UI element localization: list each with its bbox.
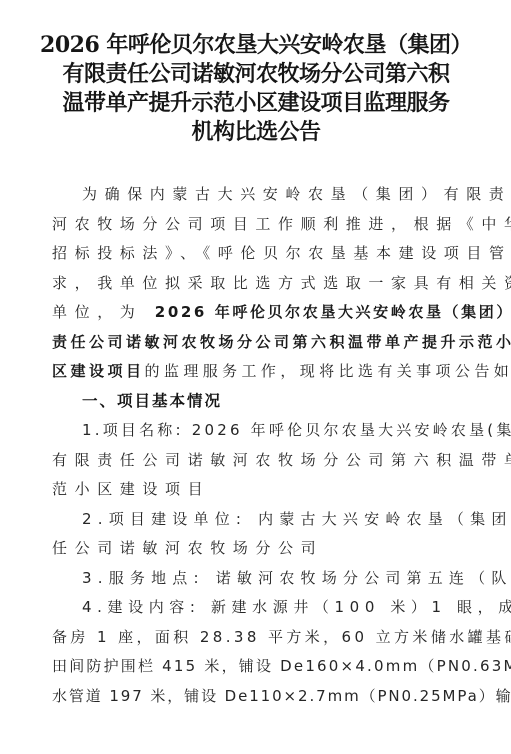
item-project-name: 1.项目名称: 2026 年呼伦贝尔农垦大兴安岭农垦(集团) 有限责任公司诺敏河… [52,416,464,505]
project-name-bold: 责任公司诺敏河农牧场分公司第六积温带单产提升示范小 [52,328,464,358]
body-line: 1.项目名称: 2026 年呼伦贝尔农垦大兴安岭农垦(集团) [52,416,464,446]
body-line: 范小区建设项目 [52,475,464,505]
body-line: 4.建设内容: 新建水源井（100 米）1 眼，成品彩钢设 [52,593,464,623]
body-text: 单位，为 [52,303,155,321]
body-line: 3.服务地点: 诺敏河农牧场分公司第五连（队） [52,564,464,594]
body-line: 为确保内蒙古大兴安岭农垦（集团）有限责任公司诺敏 [52,180,464,210]
item-service-location: 3.服务地点: 诺敏河农牧场分公司第五连（队） [52,564,464,594]
title-line: 温带单产提升示范小区建设项目监理服务 [40,89,472,118]
project-name-bold: 2026 年呼伦贝尔农垦大兴安岭农垦（集团）有限 [155,303,511,321]
body-line: 单位，为 2026 年呼伦贝尔农垦大兴安岭农垦（集团）有限 [52,298,464,328]
body-line: 备房 1 座，面积 28.38 平方米，60 立方米储水罐基础 1 座， [52,623,464,653]
body-text: 的监理服务工作，现将比选有关事项公告如下: [145,362,511,380]
document-body: 为确保内蒙古大兴安岭农垦（集团）有限责任公司诺敏 河农牧场分公司项目工作顺利推进… [52,180,464,711]
body-line: 区建设项目的监理服务工作，现将比选有关事项公告如下: [52,357,464,387]
section-1: 一、项目基本情况 1.项目名称: 2026 年呼伦贝尔农垦大兴安岭农垦(集团) … [52,387,464,712]
body-line: 水管道 197 米，铺设 De110×2.7mm（PN0.25MPa）输水管道 [52,682,464,712]
section-heading: 一、项目基本情况 [52,387,464,417]
document-title: 2026 年呼伦贝尔农垦大兴安岭农垦（集团） 有限责任公司诺敏河农牧场分公司第六… [40,31,472,147]
document-page: 2026 年呼伦贝尔农垦大兴安岭农垦（集团） 有限责任公司诺敏河农牧场分公司第六… [0,0,511,754]
body-line: 2.项目建设单位: 内蒙古大兴安岭农垦（集团）有限责 [52,505,464,535]
body-line: 求，我单位拟采取比选方式选取一家具有相关资质的第三方 [52,269,464,299]
body-line: 河农牧场分公司项目工作顺利推进，根据《中华人民共和国 [52,210,464,240]
title-line: 有限责任公司诺敏河农牧场分公司第六积 [40,60,472,89]
title-line: 2026 年呼伦贝尔农垦大兴安岭农垦（集团） [40,31,472,60]
body-line: 任公司诺敏河农牧场分公司 [52,534,464,564]
body-line: 招标投标法》、《呼伦贝尔农垦基本建设项目管理办法》要 [52,239,464,269]
body-line: 有限责任公司诺敏河农牧场分公司第六积温带单产提升示 [52,446,464,476]
body-line: 田间防护围栏 415 米，铺设 De160×4.0mm（PN0.63MPa）输 [52,652,464,682]
title-line: 机构比选公告 [40,118,472,147]
item-construction-unit: 2.项目建设单位: 内蒙古大兴安岭农垦（集团）有限责 任公司诺敏河农牧场分公司 [52,505,464,564]
project-name-bold: 区建设项目 [52,362,145,380]
intro-paragraph: 为确保内蒙古大兴安岭农垦（集团）有限责任公司诺敏 河农牧场分公司项目工作顺利推进… [52,180,464,387]
item-construction-content: 4.建设内容: 新建水源井（100 米）1 眼，成品彩钢设 备房 1 座，面积 … [52,593,464,711]
